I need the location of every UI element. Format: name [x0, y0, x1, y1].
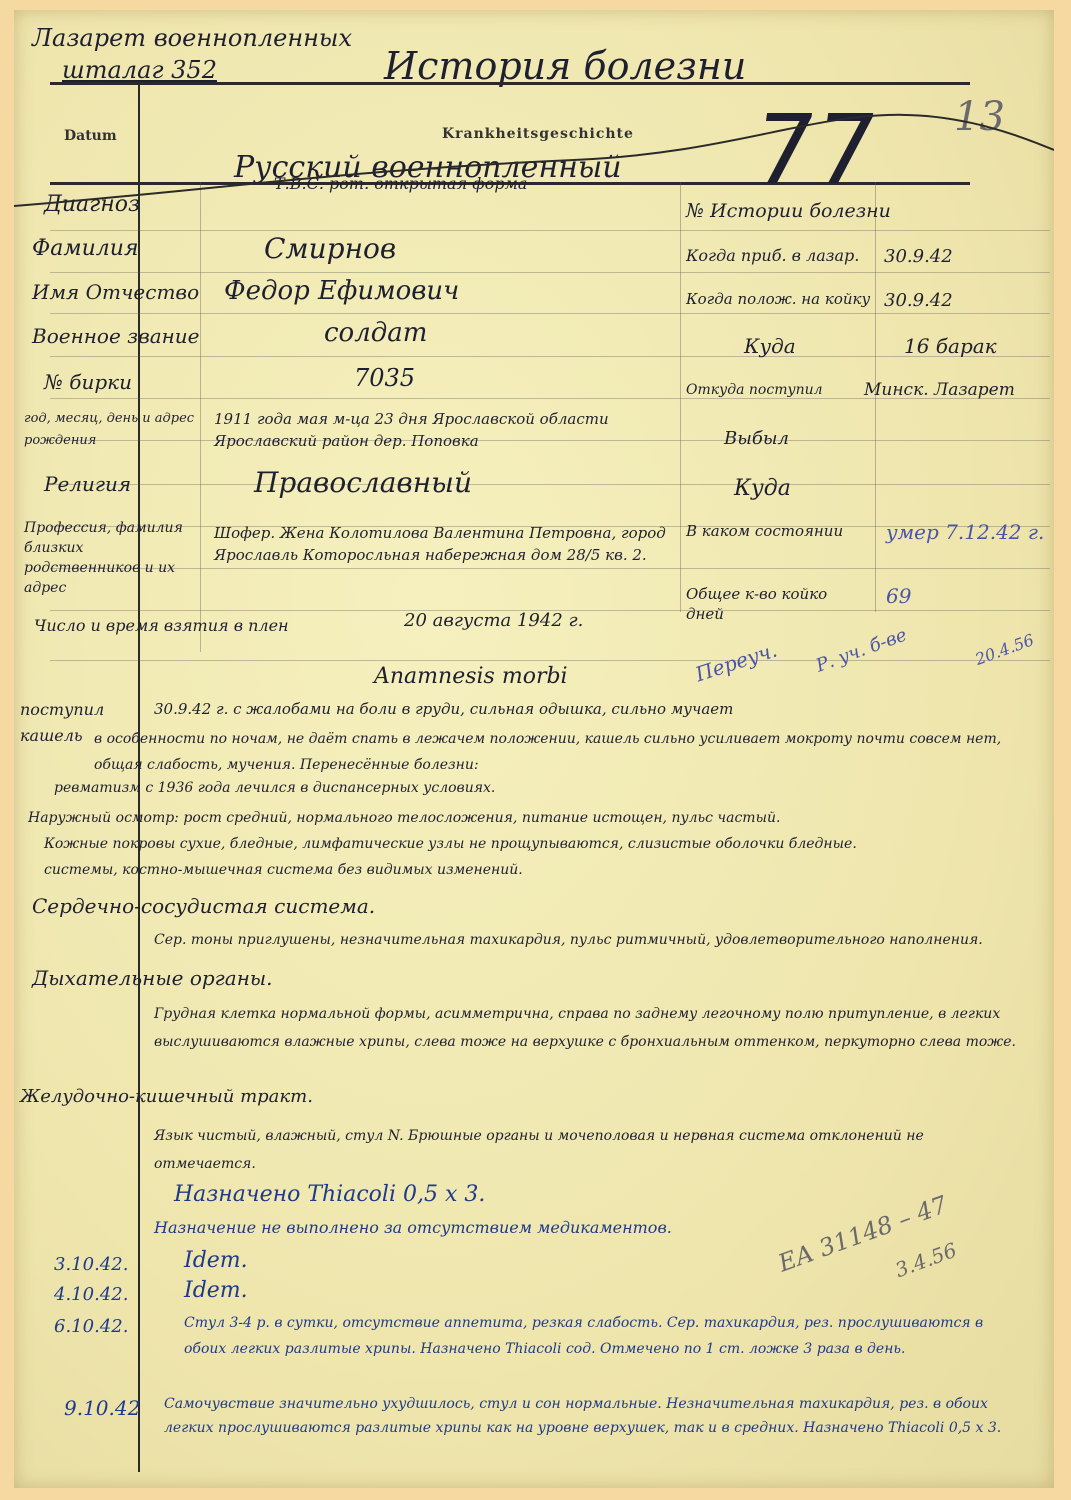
prescription-note: Назначение не выполнено за отсутствием м… — [154, 1218, 672, 1237]
side-value-where: 16 барак — [904, 334, 997, 358]
anamnesis-line-0: 30.9.42 г. с жалобами на боли в груди, с… — [154, 700, 733, 718]
annotation-recount: Переуч. — [692, 638, 780, 687]
paper-sheet: Лазарет военнопленных шталаг 352 История… — [14, 10, 1054, 1488]
annotation-registry: Р. уч. б-ве — [813, 624, 909, 676]
side-label-bed-days: Общее к-во койко дней — [686, 584, 866, 624]
anamnesis-margin-1: кашель — [20, 726, 83, 745]
prescription: Назначено Thiacoli 0,5 х 3. — [174, 1182, 485, 1207]
side-label-where-to: Куда — [734, 476, 791, 501]
digestive-heading: Желудочно-кишечный тракт. — [20, 1086, 313, 1107]
cardio-text: Сер. тоны приглушены, незначительная тах… — [154, 932, 983, 948]
entry-text-3: Самочувствие значительно ухудшилось, сту… — [164, 1392, 1024, 1440]
label-birth: год, месяц, день и адрес рождения — [24, 408, 204, 452]
side-value-bed-days: 69 — [886, 584, 911, 608]
side-label-condition: В каком состоянии — [686, 522, 843, 540]
cardio-heading: Сердечно-сосудистая система. — [32, 894, 375, 918]
side-value-condition: умер 7.12.42 г. — [886, 520, 1044, 544]
annotation-date: 20.4.56 — [973, 630, 1037, 669]
anamnesis-line-3: Наружный осмотр: рост средний, нормально… — [28, 810, 780, 826]
entry-date-0: 3.10.42. — [54, 1254, 128, 1275]
anamnesis-line-5: системы, костно-мышечная система без вид… — [44, 862, 523, 878]
label-capture-date: Число и время взятия в плен — [34, 616, 289, 635]
value-rank: солдат — [324, 318, 427, 348]
entry-date-1: 4.10.42. — [54, 1284, 128, 1305]
entry-date-3: 9.10.42 — [64, 1396, 140, 1420]
label-profession-relatives: Профессия, фамилия близких родственников… — [24, 518, 204, 598]
value-capture-date: 20 августа 1942 г. — [404, 610, 583, 631]
archive-stamp-date: 3.4.56 — [892, 1238, 960, 1282]
anamnesis-line-4: Кожные покровы сухие, бледные, лимфатиче… — [44, 836, 857, 852]
respiratory-text: Грудная клетка нормальной формы, асиммет… — [154, 1000, 1034, 1056]
side-label-where: Куда — [744, 334, 796, 358]
label-religion: Религия — [44, 472, 131, 496]
value-birth: 1911 года мая м-ца 23 дня Ярославской об… — [214, 408, 684, 452]
side-label-discharged: Выбыл — [724, 428, 789, 449]
respiratory-heading: Дыхательные органы. — [32, 966, 273, 990]
value-profession-relatives: Шофер. Жена Колотилова Валентина Петровн… — [214, 522, 684, 566]
digestive-text: Язык чистый, влажный, стул N. Брюшные ор… — [154, 1122, 1024, 1178]
label-tag-number: № бирки — [44, 370, 132, 394]
side-value-from: Минск. Лазарет — [864, 380, 1015, 400]
entry-text-1: Idem. — [184, 1278, 248, 1303]
anamnesis-heading: Anamnesis morbi — [374, 664, 568, 689]
strike-curve — [14, 10, 1054, 310]
label-rank: Военное звание — [32, 324, 200, 348]
entry-date-2: 6.10.42. — [54, 1316, 128, 1337]
value-tag-number: 7035 — [354, 364, 415, 392]
side-label-from: Откуда поступил — [686, 382, 823, 398]
anamnesis-line-2: ревматизм с 1936 года лечился в диспансе… — [54, 780, 495, 796]
entry-text-2: Стул 3-4 р. в сутки, отсутствие аппетита… — [184, 1310, 1024, 1362]
anamnesis-line-1: в особенности по ночам, не даёт спать в … — [94, 726, 1034, 778]
anamnesis-margin-0: поступил — [20, 700, 104, 719]
entry-text-0: Idem. — [184, 1248, 248, 1273]
value-religion: Православный — [254, 466, 472, 499]
